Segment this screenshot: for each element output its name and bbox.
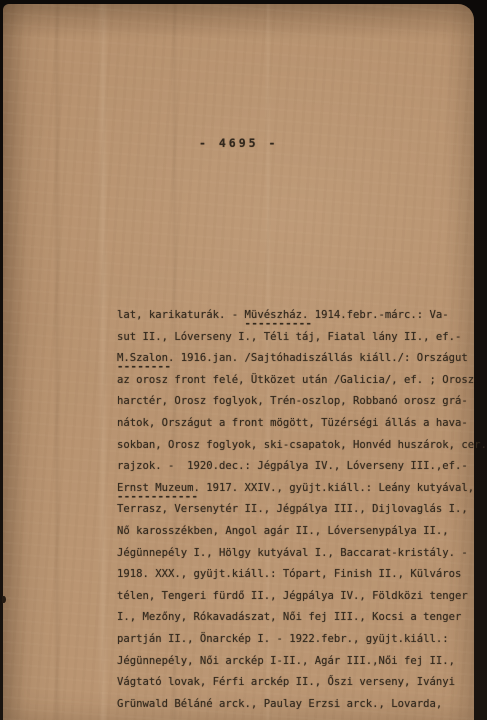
paper-crease	[98, 4, 108, 720]
scan-edge-mark	[2, 596, 6, 603]
typewritten-text-block: lat, karikaturák. - Müvészház. 1914.febr…	[117, 305, 482, 715]
text-line: télen, Tengeri fürdő II., Jégpálya IV., …	[117, 586, 482, 608]
text-line: sokban, Orosz foglyok, ski-csapatok, Hon…	[117, 435, 482, 457]
text-line: Nő karosszékben, Angol agár II., Lóverse…	[117, 521, 482, 543]
text-line: nátok, Országut a front mögött, Tüzérség…	[117, 413, 482, 435]
text-line: I., Mezőny, Rókavadászat, Női fej III., …	[117, 607, 482, 629]
text-line: az orosz front felé, Ütközet után /Galic…	[117, 370, 482, 392]
text-line: M.Szalon. 1916.jan. /Sajtóhadiszállás ki…	[117, 348, 482, 370]
typed-underline-muveszhaz: ----------	[245, 319, 313, 329]
scanned-page: - 4695 - lat, karikaturák. - Müvészház. …	[0, 0, 487, 720]
text-line: harctér, Orosz foglyok, Trén-oszlop, Rob…	[117, 391, 482, 413]
text-line: partján II., Önarckép I. - 1922.febr., g…	[117, 629, 482, 651]
page-number: - 4695 -	[199, 136, 278, 150]
typed-underline-mszalon: --------	[117, 362, 171, 372]
text-line: rajzok. - 1920.dec.: Jégpálya IV., Lóver…	[117, 456, 482, 478]
text-line: Jégünnepély I., Hölgy kutyával I., Bacca…	[117, 543, 482, 565]
text-line: Jégünnepély, Női arckép I-II., Agár III.…	[117, 651, 482, 673]
text-line: Grünwald Béláné arck., Paulay Erzsi arck…	[117, 694, 482, 716]
text-line: 1918. XXX., gyüjt.kiáll.: Tópart, Finish…	[117, 564, 482, 586]
text-line: Vágtató lovak, Férfi arckép II., Őszi ve…	[117, 672, 482, 694]
typed-underline-ernst-muzeum: ------------	[117, 492, 198, 502]
paper-crease	[53, 4, 61, 720]
